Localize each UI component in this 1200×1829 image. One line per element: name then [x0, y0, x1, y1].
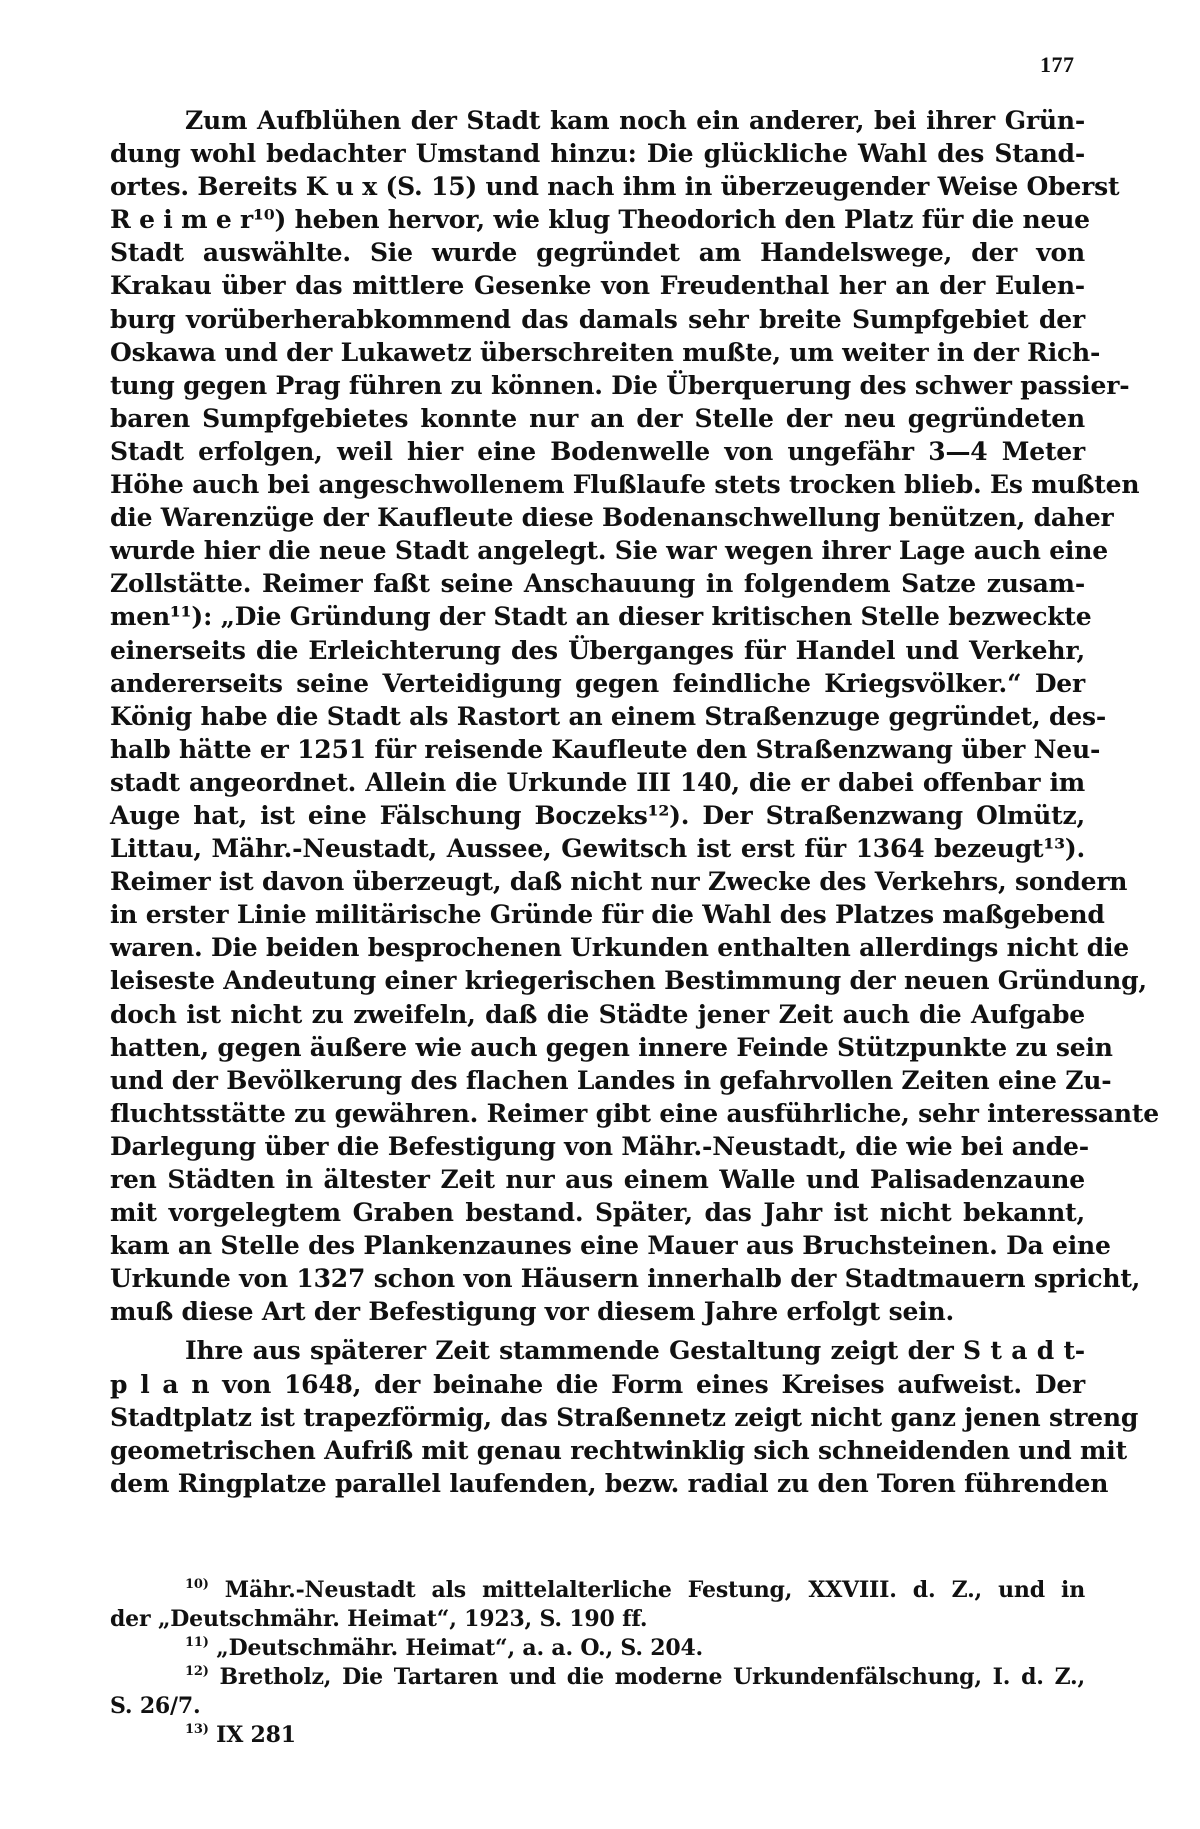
- text-line: dem Ringplatze parallel laufenden, bezw.…: [110, 1467, 1085, 1500]
- footnotes: 10) Mähr.-Neustadt als mittelalterliche …: [110, 1576, 1085, 1750]
- footnote-marker: 12): [185, 1664, 209, 1679]
- footnote-line: 11) „Deutschmähr. Heimat“, a. a. O., S. …: [110, 1634, 1085, 1663]
- footnote-text: IX 281: [216, 1722, 296, 1748]
- text-line: wurde hier die neue Stadt angelegt. Sie …: [110, 534, 1085, 567]
- body-text: Zum Aufblühen der Stadt kam noch ein and…: [110, 104, 1085, 1500]
- text-line: R e i m e r¹⁰) heben hervor, wie klug Th…: [110, 203, 1085, 236]
- paragraph-2: Ihre aus späterer Zeit stammende Gestalt…: [110, 1334, 1085, 1499]
- text-line: halb hätte er 1251 für reisende Kaufleut…: [110, 733, 1085, 766]
- text-line: fluchtsstätte zu gewähren. Reimer gibt e…: [110, 1097, 1085, 1130]
- text-line: stadt angeordnet. Allein die Urkunde III…: [110, 766, 1085, 799]
- footnote-marker: 13): [185, 1722, 209, 1737]
- text-line: kam an Stelle des Plankenzaunes eine Mau…: [110, 1229, 1085, 1262]
- text-line: tung gegen Prag führen zu können. Die Üb…: [110, 369, 1085, 402]
- text-line: dung wohl bedachter Umstand hinzu: Die g…: [110, 137, 1085, 170]
- text-line: König habe die Stadt als Rastort an eine…: [110, 700, 1085, 733]
- paragraph-1: Zum Aufblühen der Stadt kam noch ein and…: [110, 104, 1085, 1328]
- text-line: Oskawa und der Lukawetz überschreiten mu…: [110, 336, 1085, 369]
- text-line: mit vorgelegtem Graben bestand. Später, …: [110, 1196, 1085, 1229]
- footnote-line: 13) IX 281: [110, 1721, 1085, 1750]
- text-line: Zollstätte. Reimer faßt seine Anschauung…: [110, 567, 1085, 600]
- text-line: Darlegung über die Befestigung von Mähr.…: [110, 1130, 1085, 1163]
- text-line: hatten, gegen äußere wie auch gegen inne…: [110, 1031, 1085, 1064]
- footnote-text: Bretholz, Die Tartaren und die moderne U…: [220, 1664, 1085, 1690]
- text-line: burg vorüberherabkommend das damals sehr…: [110, 303, 1085, 336]
- text-line: geometrischen Aufriß mit genau rechtwink…: [110, 1434, 1085, 1467]
- text-line: leiseste Andeutung einer kriegerischen B…: [110, 964, 1085, 997]
- text-line: p l a n von 1648, der beinahe die Form e…: [110, 1368, 1085, 1401]
- text-line: Stadtplatz ist trapezförmig, das Straßen…: [110, 1401, 1085, 1434]
- footnote-line: der „Deutschmähr. Heimat“, 1923, S. 190 …: [110, 1605, 1085, 1634]
- text-line: andererseits seine Verteidigung gegen fe…: [110, 667, 1085, 700]
- text-line: Littau, Mähr.-Neustadt, Aussee, Gewitsch…: [110, 832, 1085, 865]
- text-line: Zum Aufblühen der Stadt kam noch ein and…: [110, 104, 1085, 137]
- book-page: 177 Zum Aufblühen der Stadt kam noch ein…: [0, 0, 1200, 1829]
- text-line: ortes. Bereits K u x (S. 15) und nach ih…: [110, 170, 1085, 203]
- footnote-line: 12) Bretholz, Die Tartaren und die moder…: [110, 1663, 1085, 1692]
- text-line: baren Sumpfgebietes konnte nur an der St…: [110, 402, 1085, 435]
- footnote-13: 13) IX 281: [110, 1721, 1085, 1750]
- footnote-marker: 10): [185, 1577, 209, 1592]
- footnote-11: 11) „Deutschmähr. Heimat“, a. a. O., S. …: [110, 1634, 1085, 1663]
- text-line: Urkunde von 1327 schon von Häusern inner…: [110, 1262, 1085, 1295]
- footnote-line: S. 26/7.: [110, 1692, 1085, 1721]
- text-line: ren Städten in ältester Zeit nur aus ein…: [110, 1163, 1085, 1196]
- page-number: 177: [1040, 52, 1075, 78]
- text-line: men¹¹): „Die Gründung der Stadt an diese…: [110, 600, 1085, 633]
- text-line: Ihre aus späterer Zeit stammende Gestalt…: [110, 1334, 1085, 1367]
- text-line: doch ist nicht zu zweifeln, daß die Städ…: [110, 998, 1085, 1031]
- footnote-text: „Deutschmähr. Heimat“, a. a. O., S. 204.: [216, 1635, 703, 1661]
- footnote-10: 10) Mähr.-Neustadt als mittelalterliche …: [110, 1576, 1085, 1634]
- footnote-line: 10) Mähr.-Neustadt als mittelalterliche …: [110, 1576, 1085, 1605]
- text-line: muß diese Art der Befestigung vor diesem…: [110, 1295, 1085, 1328]
- text-line: Höhe auch bei angeschwollenem Flußlaufe …: [110, 468, 1085, 501]
- footnote-marker: 11): [185, 1635, 209, 1650]
- text-line: Krakau über das mittlere Gesenke von Fre…: [110, 269, 1085, 302]
- text-line: einerseits die Erleichterung des Übergan…: [110, 634, 1085, 667]
- text-line: in erster Linie militärische Gründe für …: [110, 898, 1085, 931]
- text-line: Auge hat, ist eine Fälschung Boczeks¹²).…: [110, 799, 1085, 832]
- text-line: die Warenzüge der Kaufleute diese Bodena…: [110, 501, 1085, 534]
- footnote-12: 12) Bretholz, Die Tartaren und die moder…: [110, 1663, 1085, 1721]
- text-line: Reimer ist davon überzeugt, daß nicht nu…: [110, 865, 1085, 898]
- text-line: und der Bevölkerung des flachen Landes i…: [110, 1064, 1085, 1097]
- text-line: Stadt erfolgen, weil hier eine Bodenwell…: [110, 435, 1085, 468]
- footnote-text: Mähr.-Neustadt als mittelalterliche Fest…: [225, 1577, 1085, 1603]
- text-line: waren. Die beiden besprochenen Urkunden …: [110, 931, 1085, 964]
- text-line: Stadt auswählte. Sie wurde gegründet am …: [110, 236, 1085, 269]
